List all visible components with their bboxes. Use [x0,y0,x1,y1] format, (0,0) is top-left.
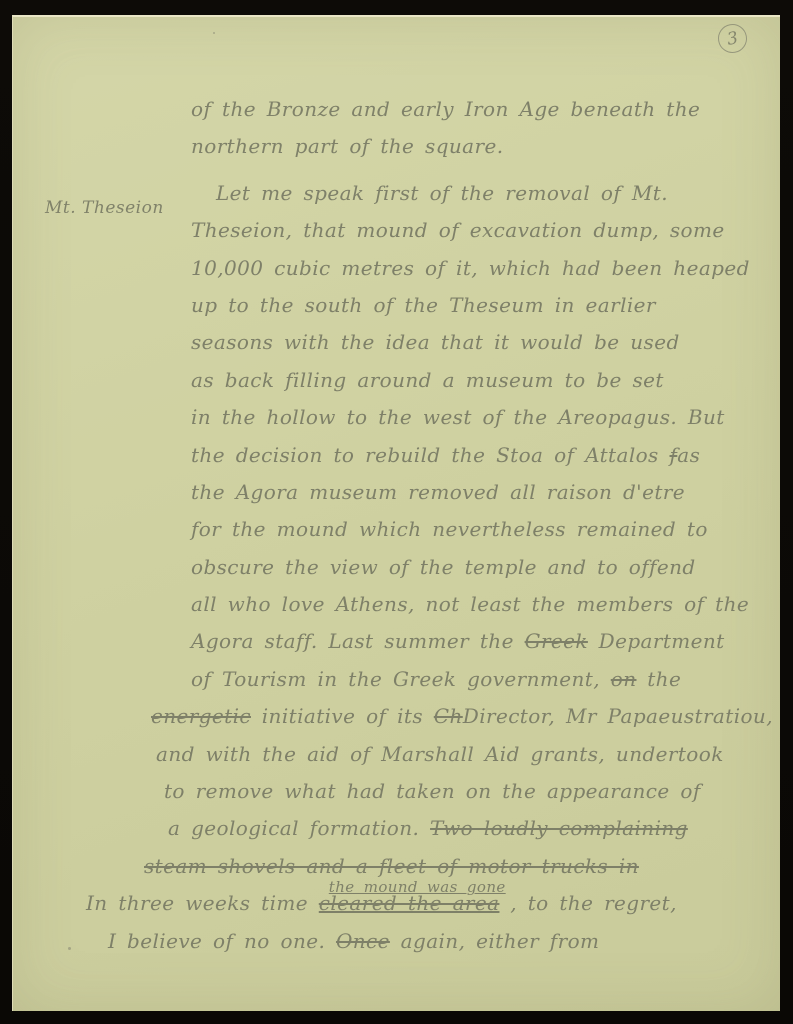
manuscript-segment: the decision to rebuild the Stoa of Atta… [191,443,669,467]
manuscript-line: the Agora museum removed all raison d'et… [191,474,776,511]
manuscript-segment: Department [588,629,725,653]
inserted-correction-text: the mound was gone [329,880,506,895]
manuscript-line: in the hollow to the west of the Areopag… [191,399,776,436]
manuscript-segment: In three weeks time [86,891,319,915]
manuscript-segment: 10,000 cubic metres of it, which had bee… [191,256,750,280]
manuscript-segment: as back filling around a museum to be se… [191,368,664,392]
manuscript-segment: again, either from [390,929,599,953]
manuscript-line: as back filling around a museum to be se… [191,362,776,399]
manuscript-segment: and with the aid of Marshall Aid grants,… [156,742,724,766]
manuscript-segment: the Agora museum removed all raison d'et… [191,480,685,504]
manuscript-segment: Greek [525,629,588,653]
page-number: 3 [725,28,739,50]
manuscript-line: a geological formation. Two loudly compl… [168,810,776,847]
manuscript-line: of Tourism in the Greek government, on t… [191,661,776,698]
manuscript-segment: steam shovels and a fleet of motor truck… [144,854,639,878]
manuscript-segment: I believe of no one. [108,929,336,953]
manuscript-segment: Director, Mr Papaeustratiou, [463,704,773,728]
paper-speck [213,32,215,34]
manuscript-segment: northern part of the square. [191,134,503,158]
manuscript-line: for the mound which nevertheless remaine… [191,511,776,548]
manuscript-segment: obscure the view of the temple and to of… [191,555,696,579]
manuscript-segment: in the hollow to the west of the Areopag… [191,405,725,429]
manuscript-line: all who love Athens, not least the membe… [191,586,776,623]
manuscript-segment: cleared the areathe mound was gone [319,891,500,915]
manuscript-segment: as [677,443,700,467]
manuscript-segment: Once [336,929,390,953]
manuscript-segment: Two loudly complaining [430,816,688,840]
manuscript-line: Theseion, that mound of excavation dump,… [191,212,776,249]
manuscript-line: and with the aid of Marshall Aid grants,… [156,736,776,773]
manuscript-segment: energetic [151,704,251,728]
manuscript-line: 10,000 cubic metres of it, which had bee… [191,250,776,287]
manuscript-line: Let me speak first of the removal of Mt. [216,175,776,212]
manuscript-segment: of Tourism in the Greek government, [191,667,611,691]
manuscript-segment: seasons with the idea that it would be u… [191,330,680,354]
manuscript-segment: the [636,667,681,691]
manuscript-segment: for the mound which nevertheless remaine… [191,517,708,541]
manuscript-text: of the Bronze and early Iron Age beneath… [86,91,776,960]
page-number-badge: 3 [716,22,750,56]
manuscript-segment: Theseion, that mound of excavation dump,… [191,218,725,242]
manuscript-page: 3 Mt. Theseion of the Bronze and early I… [12,15,780,1011]
manuscript-line: seasons with the idea that it would be u… [191,324,776,361]
manuscript-line: Agora staff. Last summer the Greek Depar… [191,623,776,660]
manuscript-segment: all who love Athens, not least the membe… [191,592,749,616]
manuscript-line: In three weeks time cleared the areathe … [86,885,776,922]
manuscript-line: obscure the view of the temple and to of… [191,549,776,586]
manuscript-segment: to remove what had taken on the appearan… [164,779,701,803]
manuscript-line: of the Bronze and early Iron Age beneath… [191,91,776,128]
manuscript-line: the decision to rebuild the Stoa of Atta… [191,437,776,474]
manuscript-segment: , to the regret, [499,891,676,915]
manuscript-line: northern part of the square. [191,128,776,165]
manuscript-segment: on [611,667,637,691]
manuscript-segment: a geological formation. [168,816,430,840]
manuscript-segment: of the Bronze and early Iron Age beneath… [191,97,700,121]
manuscript-segment: Agora staff. Last summer the [191,629,525,653]
manuscript-line: I believe of no one. Once again, either … [108,923,776,960]
manuscript-segment: Let me speak first of the removal of Mt. [216,181,668,205]
manuscript-segment: initiative of its [251,704,434,728]
manuscript-line: energetic initiative of its ChDirector, … [151,698,776,735]
paper-speck [68,947,71,950]
manuscript-segment: Ch [434,704,463,728]
scan-background: 3 Mt. Theseion of the Bronze and early I… [0,0,793,1024]
manuscript-line: to remove what had taken on the appearan… [164,773,776,810]
manuscript-line: up to the south of the Theseum in earlie… [191,287,776,324]
manuscript-segment: up to the south of the Theseum in earlie… [191,293,656,317]
